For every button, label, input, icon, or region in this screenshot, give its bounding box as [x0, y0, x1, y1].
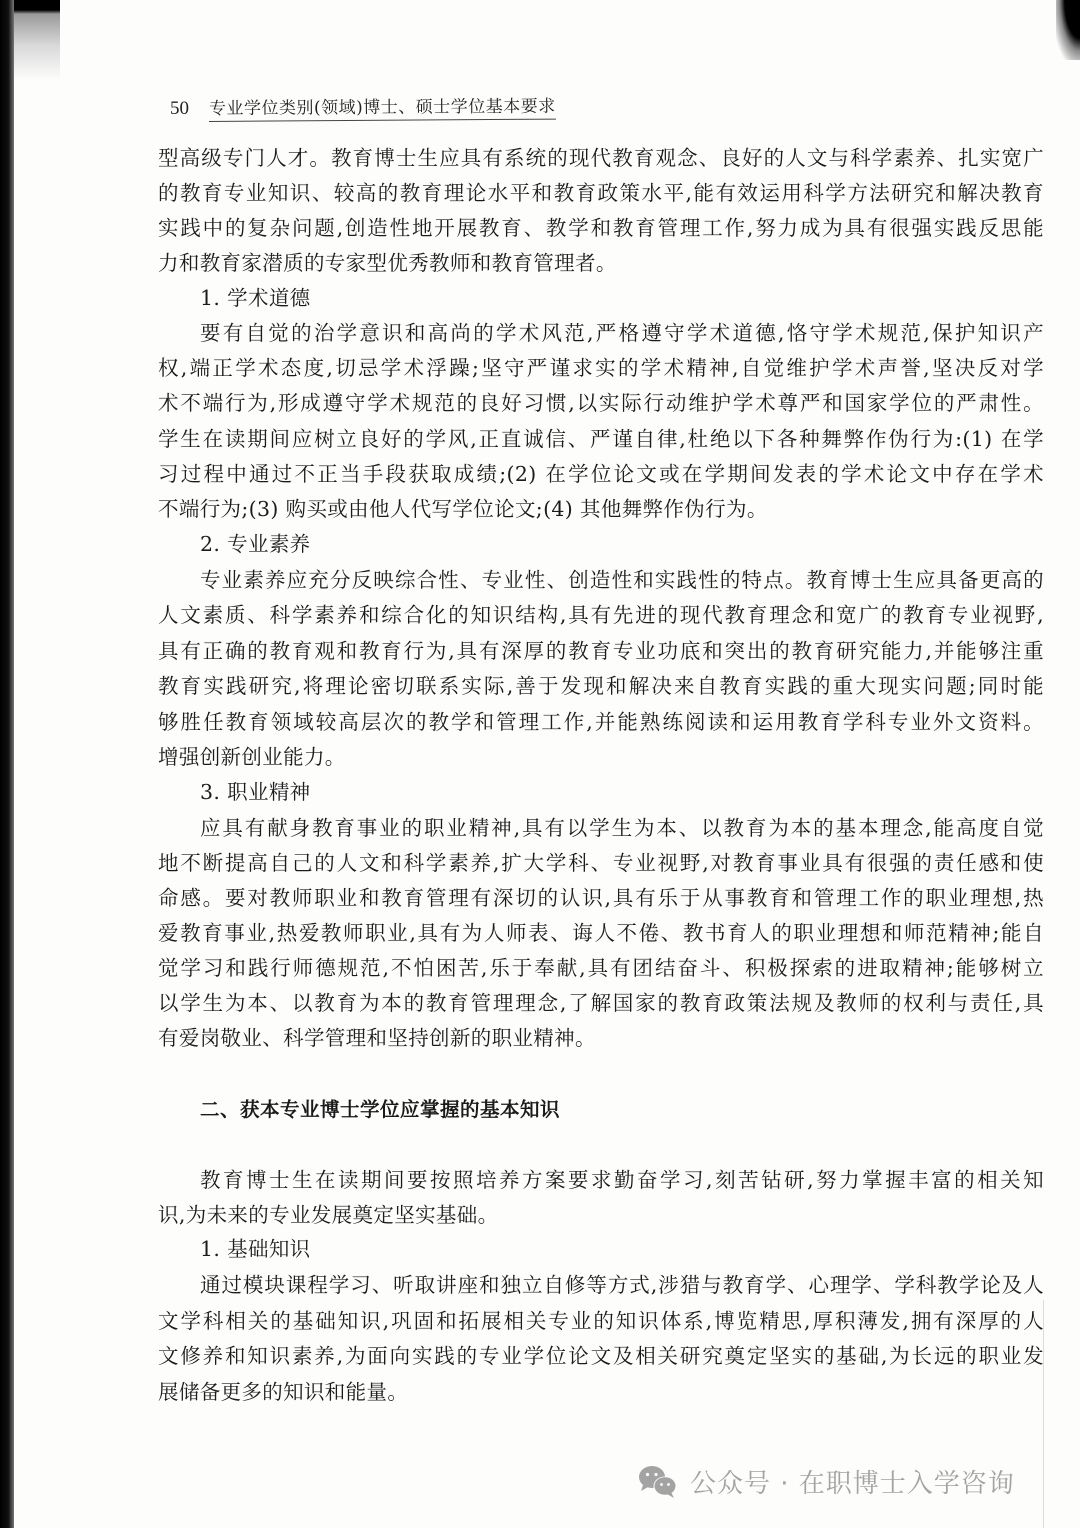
text-line: 人文素质、科学素养和综合化的知识结构,具有先进的现代教育理念和宽广的教育专业视野… — [158, 602, 1044, 628]
part-heading: 二、获本专业博士学位应掌握的基本知识 — [200, 1094, 560, 1122]
wechat-watermark: 公众号 · 在职博士入学咨询 — [638, 1463, 1015, 1500]
text-line: 够胜任教育领域较高层次的教学和管理工作,并能熟练阅读和运用教育学科专业外文资料。 — [158, 709, 1044, 735]
running-header: 50 专业学位类别(领域)博士、硕士学位基本要求 — [170, 94, 556, 122]
text-line: 文学科相关的基础知识,巩固和拓展相关专业的知识体系,博览精思,厚积薄发,拥有深厚… — [158, 1308, 1044, 1334]
text-line: 教育实践研究,将理论密切联系实际,善于发现和解决来自教育实践的重大现实问题;同时… — [158, 673, 1044, 699]
subsection-heading: 3. 职业精神 — [200, 779, 311, 805]
text-line: 文修养和知识素养,为面向实践的专业学位论文及相关研究奠定坚实的基础,为长远的职业… — [158, 1343, 1044, 1369]
text-line: 命感。要对教师职业和教育管理有深切的认识,具有乐于从事教育和管理工作的职业理想,… — [158, 885, 1044, 911]
text-line: 具有正确的教育观和教育行为,具有深厚的教育专业功底和突出的教育研究能力,并能够注… — [158, 638, 1044, 664]
text-line: 力和教育家潜质的专家型优秀教师和教育管理者。 — [158, 250, 1044, 276]
text-line: 实践中的复杂问题,创造性地开展教育、教学和教育管理工作,努力成为具有很强实践反思… — [158, 215, 1044, 241]
text-line: 通过模块课程学习、听取讲座和独立自修等方式,涉猎与教育学、心理学、学科教学论及人 — [200, 1272, 1044, 1298]
text-line: 权,端正学术态度,切忌学术浮躁;坚守严谨求实的学术精神,自觉维护学术声誉,坚决反… — [158, 355, 1044, 381]
scan-left-edge-shadow — [0, 0, 14, 1528]
text-line: 术不端行为,形成遵守学术规范的良好习惯,以实际行动维护学术尊严和国家学位的严肃性… — [158, 390, 1044, 416]
text-line: 型高级专门人才。教育博士生应具有系统的现代教育观念、良好的人文与科学素养、扎实宽… — [158, 145, 1044, 171]
text-line: 识,为未来的专业发展奠定坚实基础。 — [158, 1202, 1044, 1228]
text-line: 应具有献身教育事业的职业精神,具有以学生为本、以教育为本的基本理念,能高度自觉 — [200, 815, 1044, 841]
text-line: 教育博士生在读期间要按照培养方案要求勤奋学习,刻苦钻研,努力掌握丰富的相关知 — [200, 1167, 1044, 1193]
text-line: 爱教育事业,热爱教师职业,具有为人师表、诲人不倦、教书育人的职业理想和师范精神;… — [158, 920, 1044, 946]
text-line: 习过程中通过不正当手段获取成绩;(2) 在学位论文或在学期间发表的学术论文中存在… — [158, 461, 1044, 487]
scanned-page: 50 专业学位类别(领域)博士、硕士学位基本要求 型高级专门人才。教育博士生应具… — [0, 0, 1080, 1528]
watermark-text: 公众号 · 在职博士入学咨询 — [690, 1463, 1015, 1500]
text-line: 增强创新创业能力。 — [158, 744, 1044, 770]
text-line: 专业素养应充分反映综合性、专业性、创造性和实践性的特点。教育博士生应具备更高的 — [200, 567, 1044, 593]
text-line: 有爱岗敬业、科学管理和坚持创新的职业精神。 — [158, 1025, 1044, 1051]
wechat-icon — [638, 1465, 678, 1499]
text-line: 要有自觉的治学意识和高尚的学术风范,严格遵守学术道德,恪守学术规范,保护知识产 — [200, 320, 1044, 346]
running-title: 专业学位类别(领域)博士、硕士学位基本要求 — [209, 92, 556, 122]
text-line: 地不断提高自己的人文和科学素养,扩大学科、专业视野,对教育事业具有很强的责任感和… — [158, 850, 1044, 876]
scan-top-right-corner — [1056, 0, 1080, 60]
page-number: 50 — [170, 98, 189, 120]
scan-top-left-shadow — [14, 0, 60, 80]
text-line: 的教育专业知识、较高的教育理论水平和教育政策水平,能有效运用科学方法研究和解决教… — [158, 180, 1044, 206]
text-line: 觉学习和践行师德规范,不怕困苦,乐于奉献,具有团结奋斗、积极探索的进取精神;能够… — [158, 955, 1044, 981]
subsection-heading: 2. 专业素养 — [200, 531, 311, 557]
text-line: 不端行为;(3) 购买或由他人代写学位论文;(4) 其他舞弊作伪行为。 — [158, 496, 1044, 522]
subsection-heading: 1. 学术道德 — [200, 285, 311, 311]
scan-right-edge-line — [1043, 1300, 1044, 1528]
subsection-heading: 1. 基础知识 — [200, 1236, 311, 1262]
text-line: 以学生为本、以教育为本的教育管理理念,了解国家的教育政策法规及教师的权利与责任,… — [158, 990, 1044, 1016]
text-line: 展储备更多的知识和能量。 — [158, 1379, 1044, 1405]
text-line: 学生在读期间应树立良好的学风,正直诚信、严谨自律,杜绝以下各种舞弊作伪行为:(1… — [158, 426, 1044, 452]
